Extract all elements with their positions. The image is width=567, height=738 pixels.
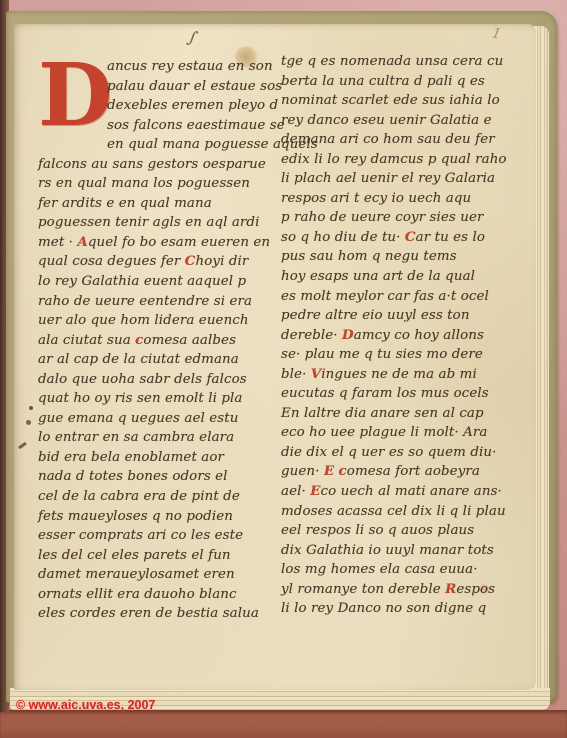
text-run: pedre altre eio uuyl ess ton (281, 308, 470, 323)
manuscript-line: edix li lo rey damcus p qual raho (281, 150, 533, 170)
text-run: nada d totes bones odors el (38, 469, 228, 484)
ink-spot (26, 420, 31, 425)
manuscript-line: es molt meylor car fas a·t ocel (281, 287, 533, 307)
manuscript-line: mdoses acassa cel dix li q li plau (281, 502, 533, 522)
manuscript-line: eco ho uee plague li molt· Ara (281, 423, 533, 443)
manuscript-line: gue emana q uegues ael estu (38, 409, 278, 429)
manuscript-line: tge q es nomenada unsa cera cu (281, 52, 533, 72)
text-run: uer alo que hom lidera euench (38, 313, 249, 328)
text-run: berta la una cultra d pali q es (281, 74, 485, 89)
text-run: co uech al mati anare ans· (321, 484, 502, 499)
manuscript-line: dalo que uoha sabr dels falcos (38, 370, 278, 390)
copyright-watermark: © www.aic.uva.es, 2007 (16, 698, 155, 712)
text-run: eles cordes eren de bestia salua (38, 606, 259, 621)
manuscript-line: les del cel eles parets el fun (38, 546, 278, 566)
text-run: respos ari t ecy io uech aqu (281, 191, 471, 206)
manuscript-line: eles cordes eren de bestia salua (38, 604, 278, 624)
text-run: omesa fort aobeyra (347, 464, 480, 479)
text-column-left: D ancus rey estaua en sonpalau dauar el … (38, 57, 278, 624)
manuscript-line: ornats ellit era dauoho blanc (38, 585, 278, 605)
manuscript-line: pedre altre eio uuyl ess ton (281, 306, 533, 326)
text-run: rey danco eseu uenir Galatia e (281, 113, 492, 128)
manuscript-line: fer ardits e en qual mana (38, 194, 278, 214)
text-run: hoyi dir (196, 254, 249, 269)
manuscript-line: esser comprats ari co les este (38, 526, 278, 546)
text-run: hoy esaps una art de la qual (281, 269, 475, 284)
manuscript-line: eel respos li so q auos plaus (281, 521, 533, 541)
manuscript-line: berta la una cultra d pali q es (281, 72, 533, 92)
text-column-right: tge q es nomenada unsa cera cuberta la u… (281, 52, 533, 619)
text-run: qual cosa degues fer (38, 254, 185, 269)
text-run: dix Galathia io uuyl manar tots (281, 543, 494, 558)
rubricated-letter: D (342, 327, 354, 343)
text-run: quel fo bo esam eueren en (88, 235, 270, 250)
manuscript-line: p raho de ueure coyr sies uer (281, 208, 533, 228)
margin-pen-stroke (18, 442, 27, 450)
text-run: les del cel eles parets el fun (38, 548, 231, 563)
book-base-edge (0, 710, 567, 738)
manuscript-line: li lo rey Danco no son digne q (281, 599, 533, 619)
text-run: poguessen tenir agls en aql ardi (38, 215, 259, 230)
manuscript-line: En laltre dia anare sen al cap (281, 404, 533, 424)
text-run: bid era bela enoblamet aor (38, 450, 224, 465)
manuscript-line: cel de la cabra era de pint de (38, 487, 278, 507)
manuscript-line: raho de ueure eentendre si era (38, 292, 278, 312)
text-run: demana ari co hom sau deu fer (281, 132, 495, 147)
text-run: fer ardits e en qual mana (38, 196, 212, 211)
text-run: yl romanye ton dereble (281, 582, 445, 597)
manuscript-line: falcons au sans gestors oesparue (38, 155, 278, 175)
text-run: mdoses acassa cel dix li q li plau (281, 504, 506, 519)
text-run: p raho de ueure coyr sies uer (281, 210, 484, 225)
manuscript-line: die dix el q uer es so quem diu· (281, 443, 533, 463)
text-run: es molt meylor car fas a·t ocel (281, 289, 489, 304)
manuscript-line: nominat scarlet ede sus iahia lo (281, 91, 533, 111)
manuscript-line: lo rey Galathia euent aaquel p (38, 272, 278, 292)
manuscript-line: so q ho diu de tu· Car tu es lo (281, 228, 533, 248)
text-run: lo rey Galathia euent aaquel p (38, 274, 246, 289)
manuscript-line: guen· E comesa fort aobeyra (281, 462, 533, 482)
manuscript-line: quat ho oy ris sen emolt li pla (38, 389, 278, 409)
ink-spot (29, 406, 33, 410)
manuscript-line: bid era bela enoblamet aor (38, 448, 278, 468)
manuscript-line: yl romanye ton dereble Respos (281, 580, 533, 600)
manuscript-line: dix Galathia io uuyl manar tots (281, 541, 533, 561)
text-run: eucutas q faram los mus ocels (281, 386, 489, 401)
manuscript-line: li plach ael uenir el rey Galaria (281, 169, 533, 189)
quill-flourish-mark: ∫ (185, 27, 200, 49)
manuscript-line: damet meraueylosamet eren (38, 565, 278, 585)
text-run: los mg homes ela casa euua· (281, 562, 478, 577)
manuscript-line: fets maueyloses q no podien (38, 507, 278, 527)
text-run: dalo que uoha sabr dels falcos (38, 372, 247, 387)
manuscript-line: rs en qual mana los poguessen (38, 174, 278, 194)
manuscript-line: eucutas q faram los mus ocels (281, 384, 533, 404)
text-run: pus sau hom q negu tems (281, 249, 457, 264)
text-run: cel de la cabra era de pint de (38, 489, 240, 504)
text-run: edix li lo rey damcus p qual raho (281, 152, 507, 167)
text-run: falcons au sans gestors oesparue (38, 157, 266, 172)
text-run: ble· (281, 367, 311, 382)
text-run: nominat scarlet ede sus iahia lo (281, 93, 500, 108)
text-run: eco ho uee plague li molt· Ara (281, 425, 487, 440)
text-run: dexebles eremen pleyo d (107, 98, 278, 113)
text-run: ar tu es lo (416, 230, 485, 245)
manuscript-line: respos ari t ecy io uech aqu (281, 189, 533, 209)
manuscript-line: rey danco eseu uenir Galatia e (281, 111, 533, 131)
text-run: dereble· (281, 328, 342, 343)
rubricated-letter: C (185, 253, 196, 269)
text-run: li lo rey Danco no son digne q (281, 601, 486, 616)
rubricated-letter: E (310, 483, 320, 499)
text-run: guen· (281, 464, 324, 479)
text-run: rs en qual mana los poguessen (38, 176, 250, 191)
rubricated-letter: V (311, 366, 322, 382)
text-run: esser comprats ari co les este (38, 528, 243, 543)
text-run: ael· (281, 484, 310, 499)
manuscript-line: qual cosa degues fer Choyi dir (38, 252, 278, 272)
text-run: die dix el q uer es so quem diu· (281, 445, 496, 460)
rubricated-letter: R (445, 581, 456, 597)
manuscript-line: hoy esaps una art de la qual (281, 267, 533, 287)
text-run: ancus rey estaua en son (107, 59, 273, 74)
rubricated-initial-D: D (38, 60, 100, 138)
manuscript-page: ∫ 1 D ancus rey estaua en sonpalau dauar… (14, 24, 536, 690)
text-run: lo entrar en sa cambra elara (38, 430, 234, 445)
text-run: tge q es nomenada unsa cera cu (281, 54, 503, 69)
text-run: met · (38, 235, 77, 250)
text-run: ar al cap de la ciutat edmana (38, 352, 239, 367)
rubricated-letter: c (339, 463, 347, 479)
manuscript-line: pus sau hom q negu tems (281, 247, 533, 267)
text-run: eel respos li so q auos plaus (281, 523, 474, 538)
text-run: ornats ellit era dauoho blanc (38, 587, 237, 602)
text-run: omesa aalbes (143, 333, 236, 348)
text-run: ala ciutat sua (38, 333, 135, 348)
manuscript-line: lo entrar en sa cambra elara (38, 428, 278, 448)
text-run: palau dauar el estaue sos (107, 79, 282, 94)
manuscript-line: met · Aquel fo bo esam eueren en (38, 233, 278, 253)
manuscript-line: demana ari co hom sau deu fer (281, 130, 533, 150)
rubricated-letter: C (405, 229, 416, 245)
text-run: sos falcons eaestimaue se (107, 118, 285, 133)
manuscript-line: ar al cap de la ciutat edmana (38, 350, 278, 370)
folio-number: 1 (490, 25, 502, 43)
manuscript-line: los mg homes ela casa euua· (281, 560, 533, 580)
text-run: espos (456, 582, 495, 597)
manuscript-line: dereble· Damcy co hoy allons (281, 326, 533, 346)
manuscript-line: se· plau me q tu sies mo dere (281, 345, 533, 365)
text-run: En laltre dia anare sen al cap (281, 406, 484, 421)
manuscript-line: ala ciutat sua comesa aalbes (38, 331, 278, 351)
manuscript-line: uer alo que hom lidera euench (38, 311, 278, 331)
text-run: quat ho oy ris sen emolt li pla (38, 391, 243, 406)
text-run: fets maueyloses q no podien (38, 509, 233, 524)
text-run: raho de ueure eentendre si era (38, 294, 252, 309)
text-run: li plach ael uenir el rey Galaria (281, 171, 495, 186)
text-run: gue emana q uegues ael estu (38, 411, 238, 426)
rubricated-letter: E (324, 463, 334, 479)
manuscript-line: poguessen tenir agls en aql ardi (38, 213, 278, 233)
text-run: amcy co hoy allons (354, 328, 484, 343)
rubricated-letter: A (77, 234, 88, 250)
manuscript-line: ble· Vingues ne de ma ab mi (281, 365, 533, 385)
manuscript-line: nada d totes bones odors el (38, 467, 278, 487)
text-run: so q ho diu de tu· (281, 230, 405, 245)
text-run: se· plau me q tu sies mo dere (281, 347, 483, 362)
text-run: damet meraueylosamet eren (38, 567, 235, 582)
manuscript-line: ael· Eco uech al mati anare ans· (281, 482, 533, 502)
manuscript-photo: ∫ 1 D ancus rey estaua en sonpalau dauar… (0, 0, 567, 738)
text-run: ingues ne de ma ab mi (321, 367, 477, 382)
